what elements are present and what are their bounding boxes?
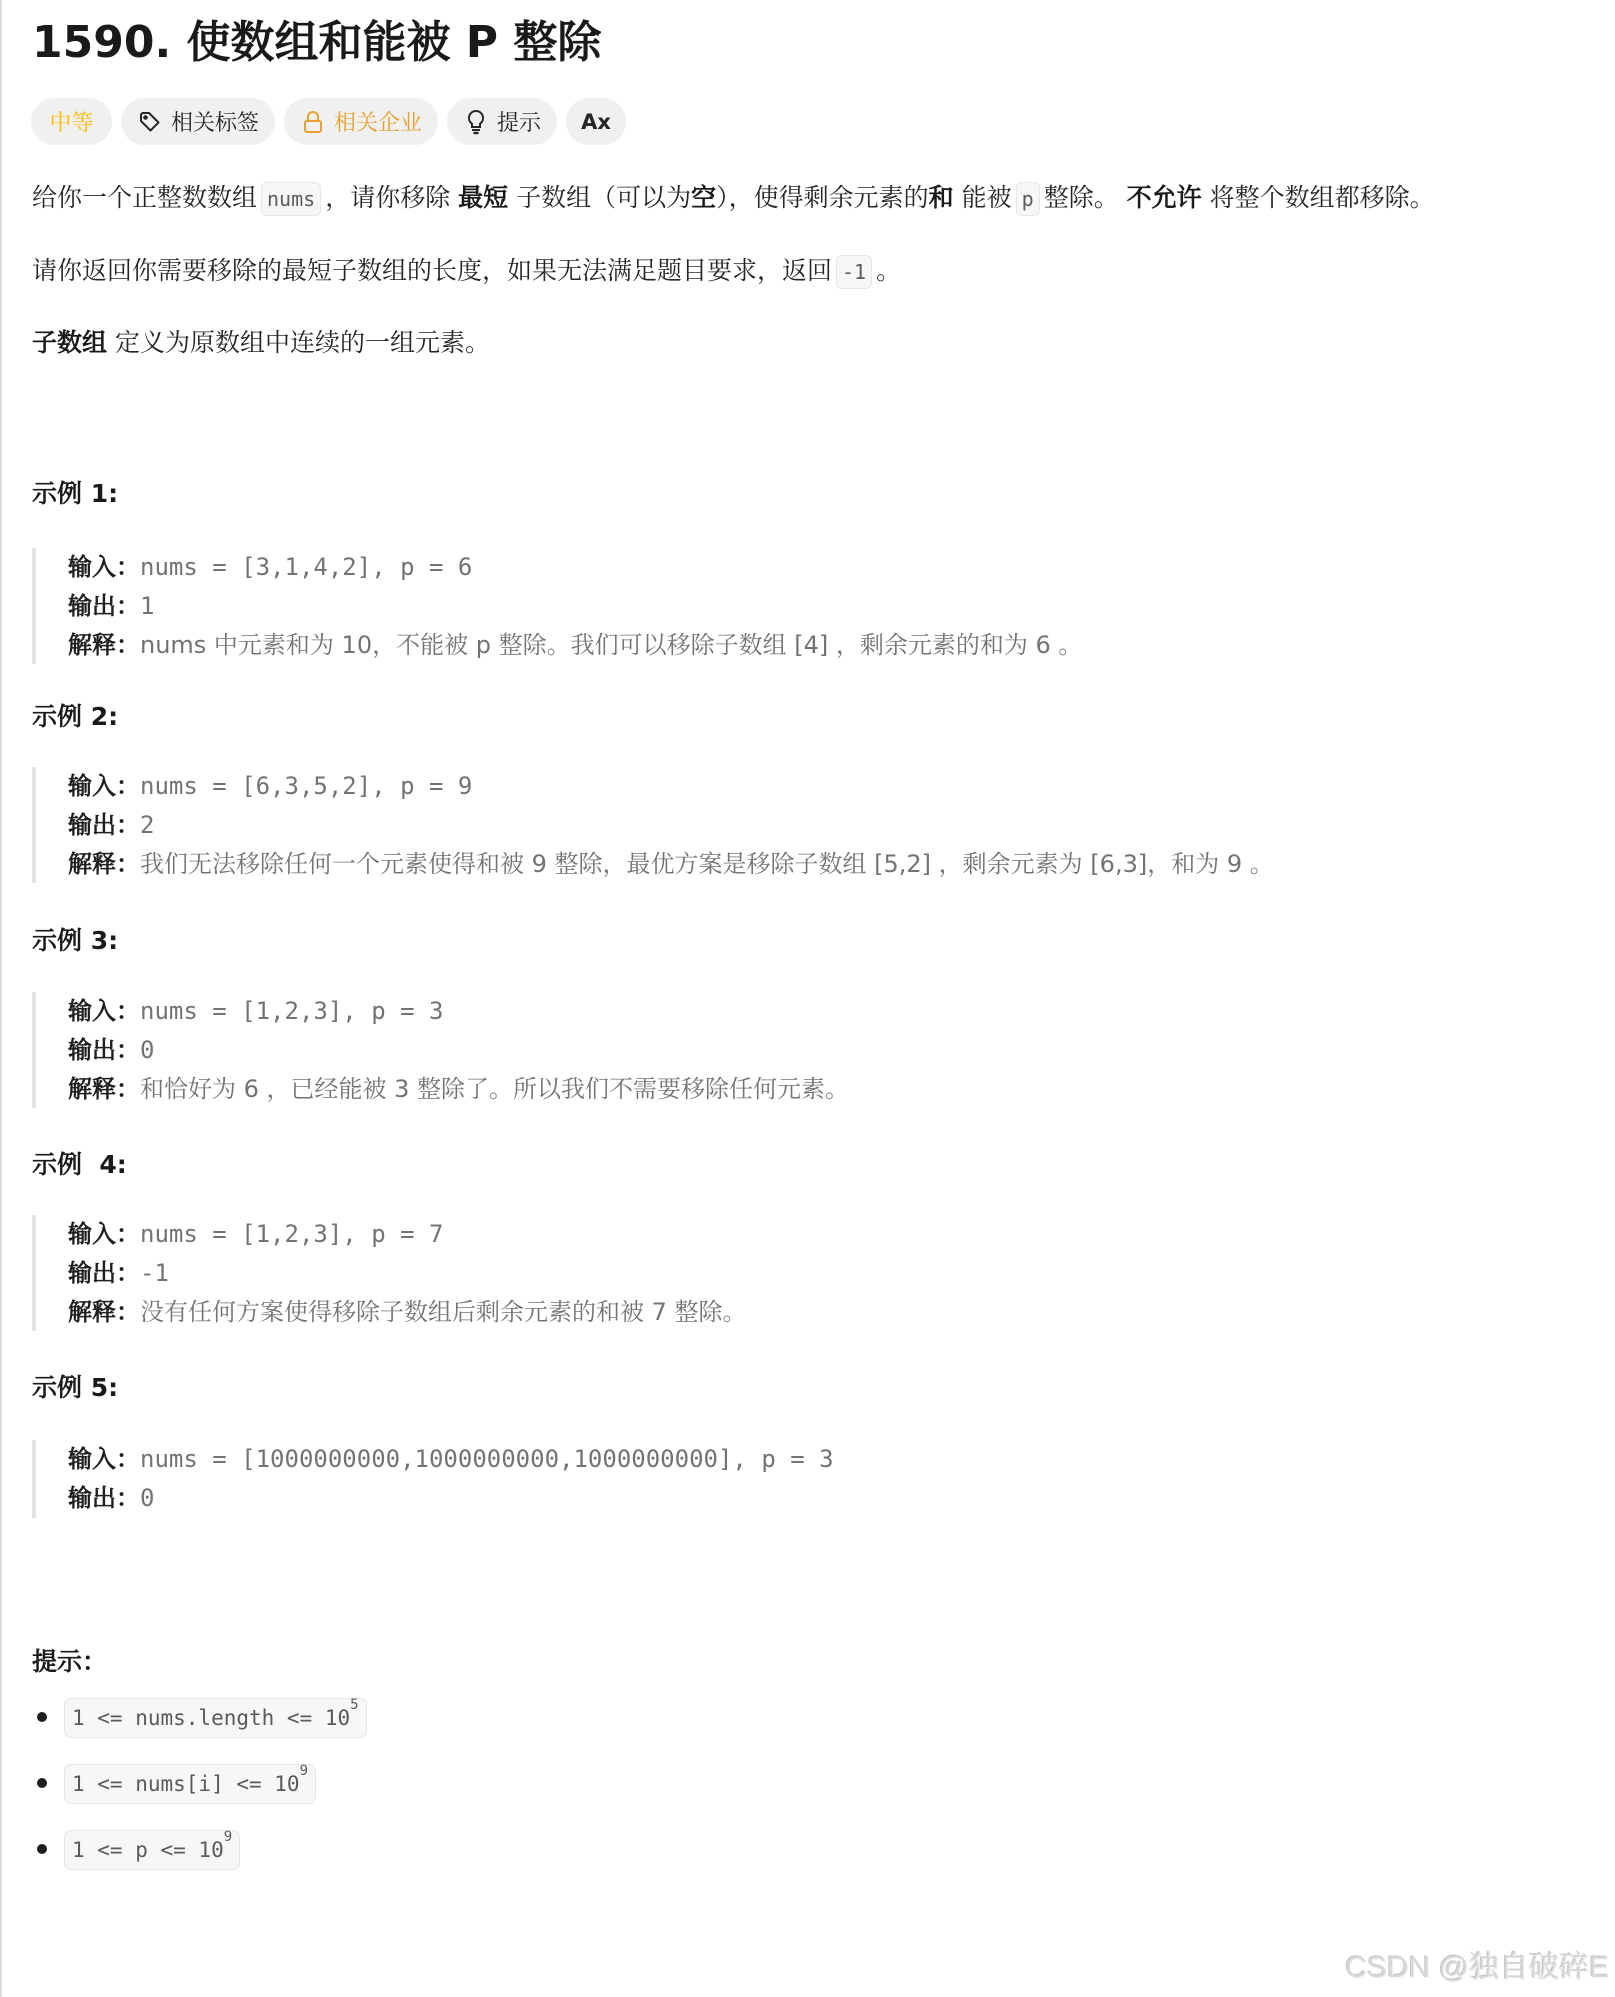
csdn-watermark: CSDN @独自破碎E xyxy=(1345,1942,1609,1986)
explanation-value: 没有任何方案使得移除子数组后剩余元素的和被 7 整除。 xyxy=(140,1298,747,1326)
text: 定义为原数组中连续的一组元素。 xyxy=(115,328,490,357)
example-3-heading: 示例 3: xyxy=(32,921,118,957)
example-1-heading: 示例 1: xyxy=(32,474,118,510)
explanation-value: 我们无法移除任何一个元素使得和被 9 整除，最优方案是移除子数组 [5,2] ，… xyxy=(140,850,1274,878)
text: ），使得剩余元素的 xyxy=(716,183,929,212)
example-output-row: 输出：0 xyxy=(68,1031,154,1070)
explanation-label: 解释： xyxy=(68,631,140,659)
output-value: 1 xyxy=(140,592,154,620)
example-explanation-row: 解释：没有任何方案使得移除子数组后剩余元素的和被 7 整除。 xyxy=(68,1293,747,1332)
hint-button[interactable]: 提示 xyxy=(447,98,557,145)
tag-bar: 中等 相关标签 相关企业 提示 Ax xyxy=(31,98,626,145)
example-explanation-row: 解释：nums 中元素和为 10，不能被 p 整除。我们可以移除子数组 [4] … xyxy=(68,626,1082,665)
bullet-icon xyxy=(37,1778,47,1788)
explanation-label: 解释： xyxy=(68,1298,140,1326)
example-output-row: 输出：-1 xyxy=(68,1254,169,1293)
input-label: 输入： xyxy=(68,553,140,581)
example-5-block: 输入：nums = [1000000000,1000000000,1000000… xyxy=(32,1440,36,1518)
bullet-icon xyxy=(37,1844,47,1854)
explanation-value: nums 中元素和为 10，不能被 p 整除。我们可以移除子数组 [4] ，剩余… xyxy=(140,631,1082,659)
text: 子数组（可以为 xyxy=(516,183,691,212)
output-value: 0 xyxy=(140,1484,154,1512)
output-value: 2 xyxy=(140,811,154,839)
output-label: 输出： xyxy=(68,811,140,839)
output-label: 输出： xyxy=(68,1036,140,1064)
input-label: 输入： xyxy=(68,1445,140,1473)
description-paragraph-3: 子数组 定义为原数组中连续的一组元素。 xyxy=(32,325,490,361)
constraint-text: 1 <= p <= 10 xyxy=(72,1838,224,1862)
example-output-row: 输出：0 xyxy=(68,1479,154,1518)
example-2-block: 输入：nums = [6,3,5,2], p = 9 输出：2 解释：我们无法移… xyxy=(32,767,36,883)
explanation-value: 和恰好为 6 ，已经能被 3 整除了。所以我们不需要移除任何元素。 xyxy=(140,1075,849,1103)
constraint-text: 1 <= nums.length <= 10 xyxy=(72,1706,350,1730)
text: 请你返回你需要移除的最短子数组的长度，如果无法满足题目要求，返回 xyxy=(32,256,832,285)
input-value: nums = [1000000000,1000000000,1000000000… xyxy=(140,1445,834,1473)
tag-icon xyxy=(137,109,163,135)
constraint-item: 1 <= nums[i] <= 109 xyxy=(64,1764,316,1804)
example-4-heading: 示例 4: xyxy=(32,1145,127,1181)
input-label: 输入： xyxy=(68,772,140,800)
bold-text: 和 xyxy=(929,183,954,212)
example-input-row: 输入：nums = [1,2,3], p = 7 xyxy=(68,1215,443,1254)
constraints-heading: 提示： xyxy=(32,1642,107,1678)
output-label: 输出： xyxy=(68,1259,140,1287)
description-paragraph-2: 请你返回你需要移除的最短子数组的长度，如果无法满足题目要求，返回-1。 xyxy=(32,253,901,290)
explanation-label: 解释： xyxy=(68,1075,140,1103)
left-border xyxy=(0,0,2,1997)
constraint-exponent: 9 xyxy=(300,1763,308,1779)
hint-label: 提示 xyxy=(497,106,541,137)
text: 能被 xyxy=(962,183,1012,212)
related-tags-label: 相关标签 xyxy=(171,106,259,137)
example-input-row: 输入：nums = [1000000000,1000000000,1000000… xyxy=(68,1440,834,1479)
example-5-heading: 示例 5: xyxy=(32,1368,118,1404)
text: ，请你移除 xyxy=(325,183,450,212)
related-tags-button[interactable]: 相关标签 xyxy=(121,98,275,145)
inline-code-nums: nums xyxy=(261,182,321,216)
constraint-exponent: 5 xyxy=(350,1697,358,1713)
example-explanation-row: 解释：我们无法移除任何一个元素使得和被 9 整除，最优方案是移除子数组 [5,2… xyxy=(68,845,1274,884)
text: 给你一个正整数数组 xyxy=(32,183,257,212)
text: 整除。 xyxy=(1044,183,1119,212)
lightbulb-icon xyxy=(463,109,489,135)
bold-text: 最短 xyxy=(458,183,508,212)
input-value: nums = [1,2,3], p = 7 xyxy=(140,1220,443,1248)
bold-text: 空 xyxy=(691,183,716,212)
input-value: nums = [3,1,4,2], p = 6 xyxy=(140,553,472,581)
description-paragraph-1: 给你一个正整数数组nums，请你移除 最短 子数组（可以为空），使得剩余元素的和… xyxy=(32,180,1435,217)
inline-code-minus-one: -1 xyxy=(836,255,872,289)
input-label: 输入： xyxy=(68,997,140,1025)
example-input-row: 输入：nums = [6,3,5,2], p = 9 xyxy=(68,767,472,806)
constraint-item: 1 <= p <= 109 xyxy=(64,1830,240,1870)
lock-icon xyxy=(300,109,326,135)
input-value: nums = [6,3,5,2], p = 9 xyxy=(140,772,472,800)
example-input-row: 输入：nums = [1,2,3], p = 3 xyxy=(68,992,443,1031)
example-1-block: 输入：nums = [3,1,4,2], p = 6 输出：1 解释：nums … xyxy=(32,548,36,664)
example-2-heading: 示例 2: xyxy=(32,697,118,733)
bold-text: 子数组 xyxy=(32,328,107,357)
constraint-text: 1 <= nums[i] <= 10 xyxy=(72,1772,300,1796)
explanation-label: 解释： xyxy=(68,850,140,878)
translate-icon: Ax xyxy=(581,110,611,134)
example-input-row: 输入：nums = [3,1,4,2], p = 6 xyxy=(68,548,472,587)
bullet-icon xyxy=(37,1712,47,1722)
related-companies-label: 相关企业 xyxy=(334,106,422,137)
example-3-block: 输入：nums = [1,2,3], p = 3 输出：0 解释：和恰好为 6 … xyxy=(32,992,36,1108)
output-value: 0 xyxy=(140,1036,154,1064)
constraint-item: 1 <= nums.length <= 105 xyxy=(64,1698,367,1738)
text: 将整个数组都移除。 xyxy=(1210,183,1435,212)
example-output-row: 输出：1 xyxy=(68,587,154,626)
input-value: nums = [1,2,3], p = 3 xyxy=(140,997,443,1025)
text: 。 xyxy=(876,256,901,285)
input-label: 输入： xyxy=(68,1220,140,1248)
output-label: 输出： xyxy=(68,592,140,620)
translate-button[interactable]: Ax xyxy=(566,98,626,145)
inline-code-p: p xyxy=(1016,182,1040,216)
example-output-row: 输出：2 xyxy=(68,806,154,845)
difficulty-badge[interactable]: 中等 xyxy=(31,98,112,145)
bold-text: 不允许 xyxy=(1127,183,1202,212)
related-companies-button[interactable]: 相关企业 xyxy=(284,98,438,145)
constraint-exponent: 9 xyxy=(224,1829,232,1845)
example-explanation-row: 解释：和恰好为 6 ，已经能被 3 整除了。所以我们不需要移除任何元素。 xyxy=(68,1070,849,1109)
problem-title: 1590. 使数组和能被 P 整除 xyxy=(32,6,601,70)
output-label: 输出： xyxy=(68,1484,140,1512)
example-4-block: 输入：nums = [1,2,3], p = 7 输出：-1 解释：没有任何方案… xyxy=(32,1215,36,1331)
output-value: -1 xyxy=(140,1259,169,1287)
difficulty-label: 中等 xyxy=(49,106,93,137)
